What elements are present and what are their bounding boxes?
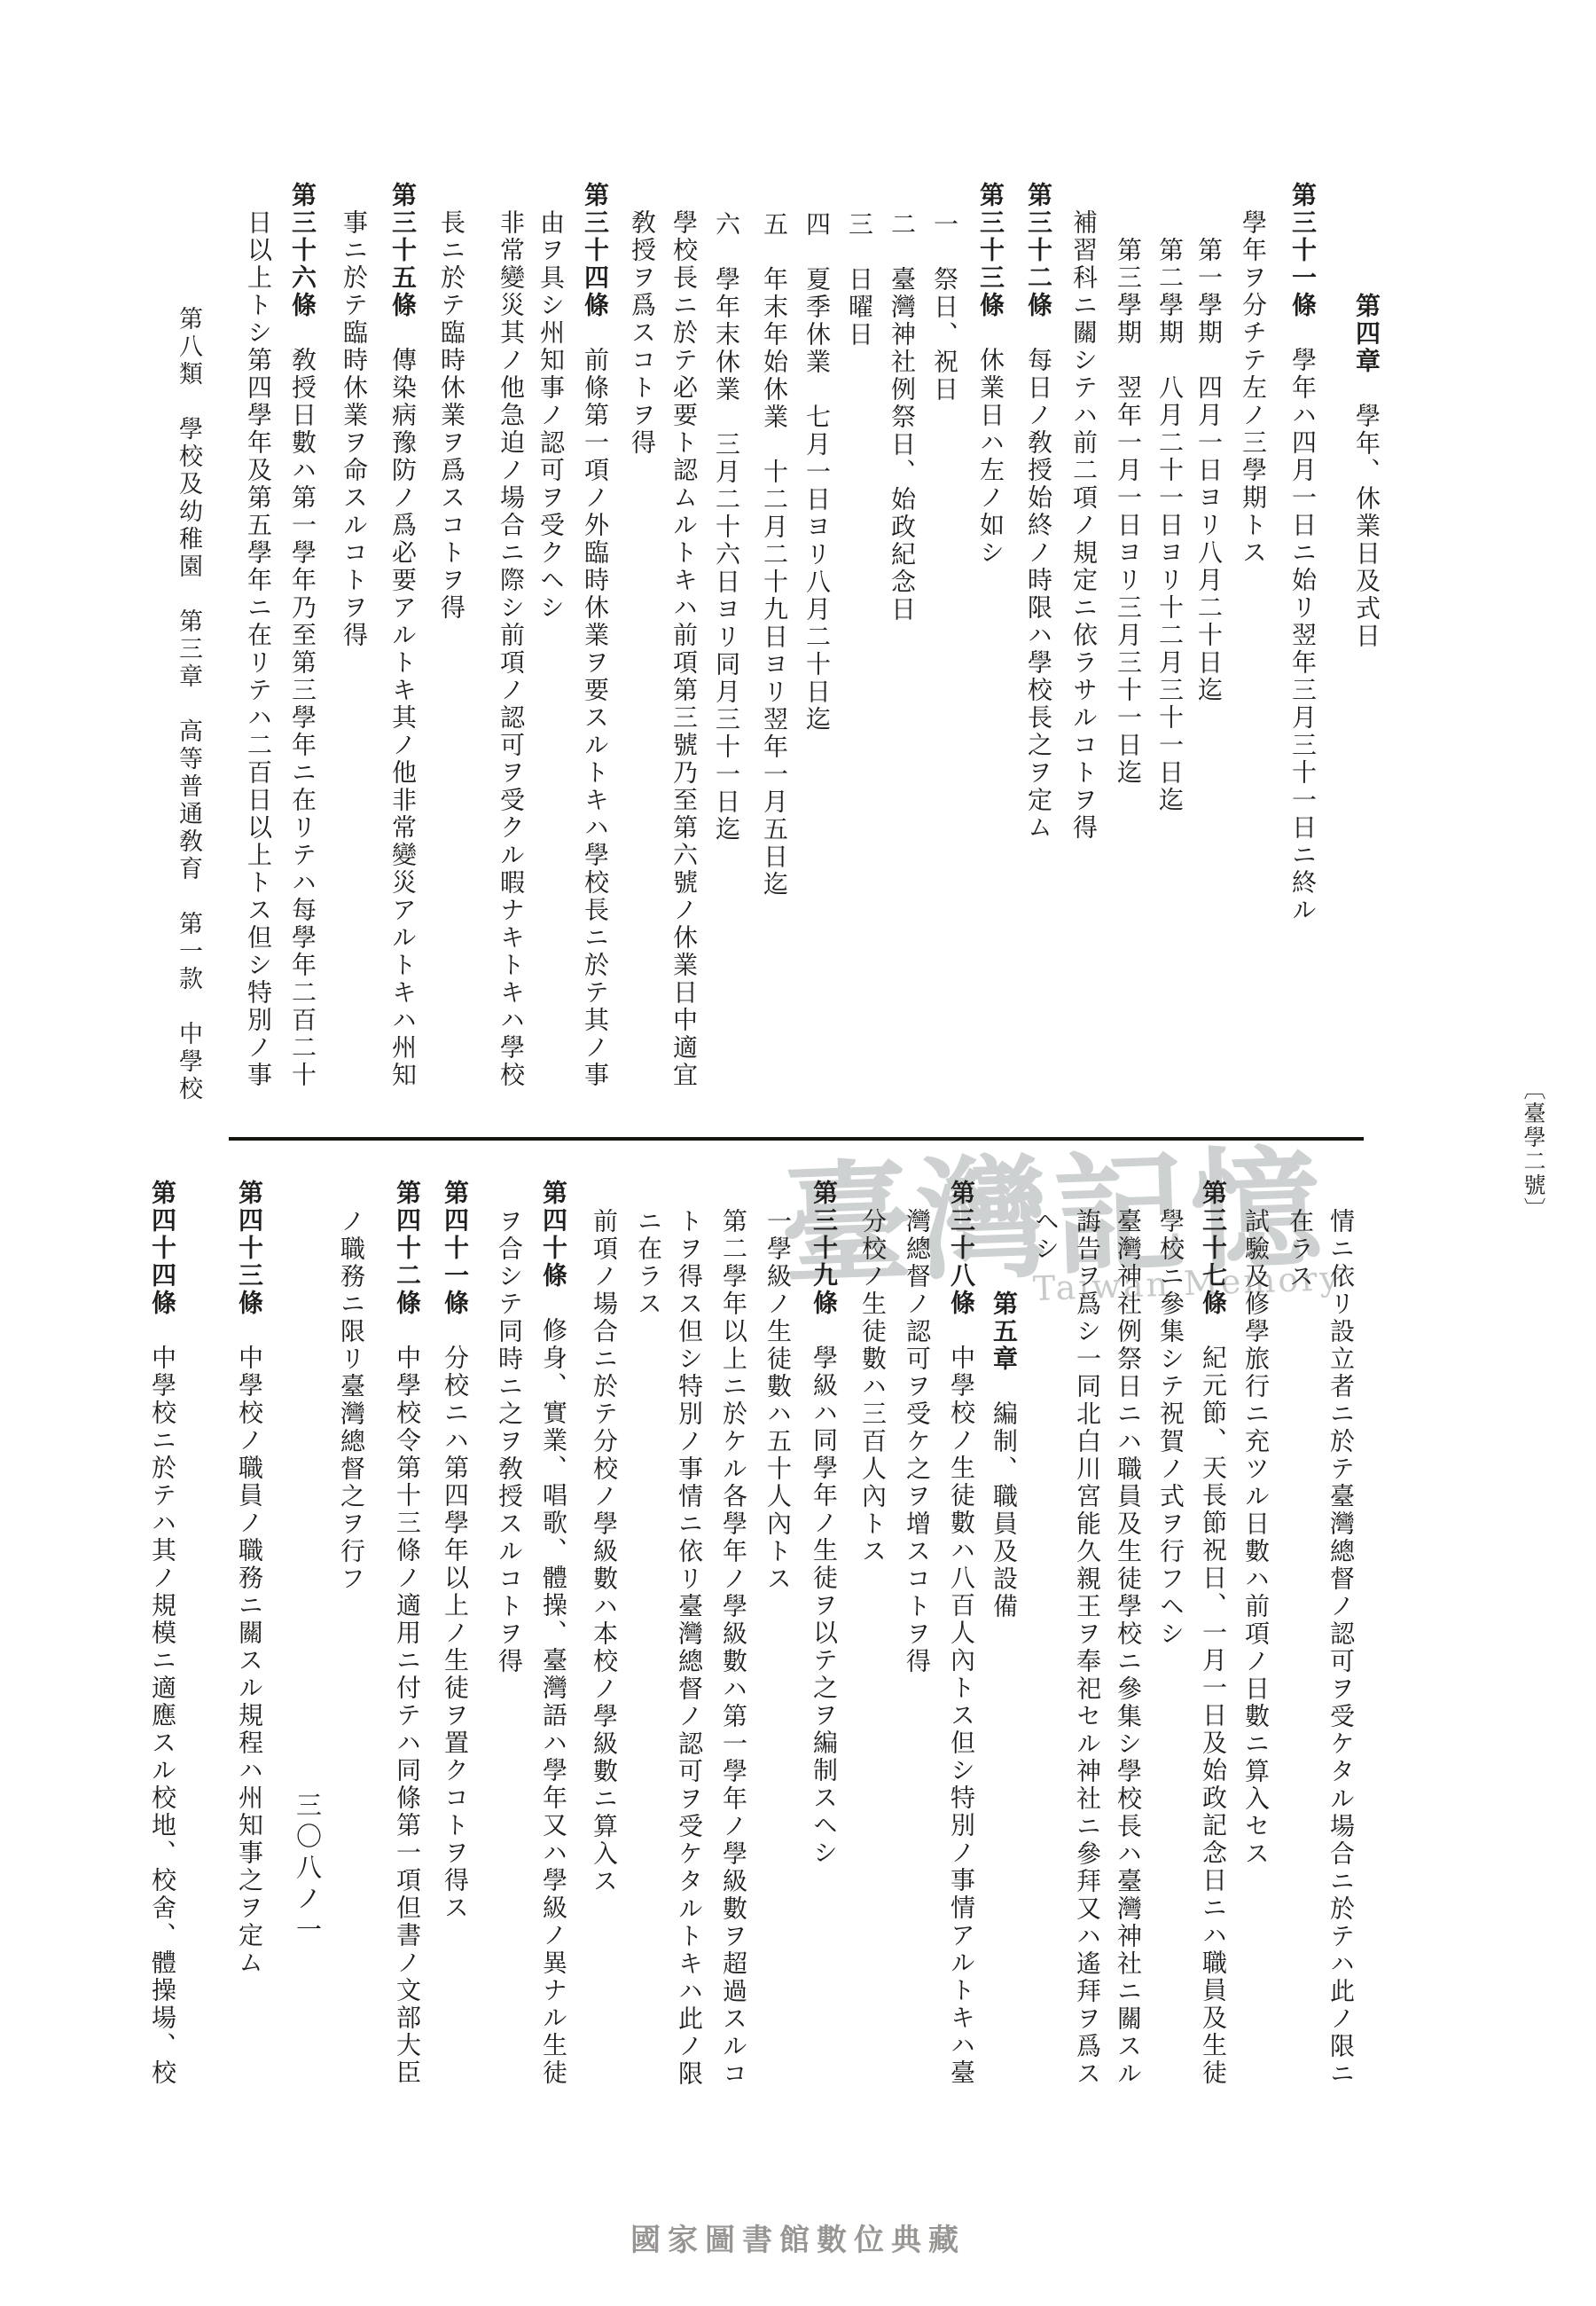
archive-footer: 國家圖書館數位典藏: [630, 2216, 966, 2259]
text-column: ニ在ラス: [631, 1208, 665, 1318]
text-column: 第五章 編制、職員及設備: [987, 1290, 1021, 1620]
bottom-page-text-block: 情ニ依リ設立者ニ於テ臺灣總督ノ認可ヲ受ケタル場合ニ於テハ此ノ限ニ在ラス試驗及修學…: [0, 0, 1596, 2306]
text-column: 第四十一條 分校ニハ第四學年以上ノ生徒ヲ置クコトヲ得ス: [438, 1180, 472, 1922]
text-column: 一學級ノ生徒數ハ五十人內トス: [761, 1208, 794, 1593]
text-column: 在ラス: [1283, 1208, 1317, 1290]
volume-side-label: 〔臺學二號〕: [1518, 1078, 1548, 1221]
text-column: 學校ニ參集シテ祝賀ノ式ヲ行フヘシ: [1154, 1208, 1187, 1648]
text-column: 第四十三條 中學校ノ職員ノ職務ニ關スル規程ハ州知事之ヲ定ム: [232, 1180, 266, 1977]
text-column: 前項ノ場合ニ於テ分校ノ學級數ハ本校ノ學級數ニ算入ス: [587, 1208, 621, 1895]
text-column: ノ職務ニ限リ臺灣總督之ヲ行フ: [334, 1208, 368, 1593]
text-column: ヘシ: [1029, 1208, 1062, 1263]
text-column: 第四十四條 中學校ニ於テハ其ノ規模ニ適應スル校地、校舍、體操場、校: [145, 1180, 179, 2087]
text-column: 情ニ依リ設立者ニ於テ臺灣總督ノ認可ヲ受ケタル場合ニ於テハ此ノ限ニ: [1324, 1208, 1357, 2088]
text-column: 臺灣神社例祭日ニハ職員及生徒學校ニ參集シ學校長ハ臺灣神社ニ關スル: [1111, 1208, 1145, 2088]
text-column: ヲ合シテ同時ニ之ヲ敎授スルコトヲ得: [492, 1208, 526, 1675]
page-number: 三〇八ノ一: [291, 1792, 325, 1947]
text-column: 灣總督ノ認可ヲ受ケ之ヲ增スコトヲ得: [900, 1208, 934, 1675]
text-column: 第三十八條 中學校ノ生徒數ハ八百人內トス但シ特別ノ事情アルトキハ臺: [944, 1180, 978, 2087]
text-column: 第三十九條 學級ハ同學年ノ生徒ヲ以テ之ヲ編制スヘシ: [807, 1180, 841, 1867]
text-column: 分校ノ生徒數ハ三百人內トス: [856, 1208, 889, 1565]
text-column: 第三十七條 紀元節、天長節祝日、一月一日及始政記念日ニハ職員及生徒: [1196, 1180, 1230, 2087]
text-column: トヲ得ス但シ特別ノ事情ニ依リ臺灣總督ノ認可ヲ受ケタルトキハ此ノ限: [672, 1208, 706, 2088]
text-column: 第四十二條 中學校令第十三條ノ適用ニ付テハ同條第一項但書ノ文部大臣: [390, 1180, 424, 2087]
text-column: 誨告ヲ爲シ一同北白川宮能久親王ヲ奉祀セル神社ニ參拜又ハ遙拜ヲ爲ス: [1070, 1208, 1104, 2088]
text-column: 試驗及修學旅行ニ充ツル日數ハ前項ノ日數ニ算入セス: [1239, 1208, 1272, 1868]
text-column: 第四十條 修身、實業、唱歌、體操、臺灣語ハ學年又ハ學級ノ異ナル生徒: [536, 1180, 570, 2087]
scanned-page: 臺灣記憶 Taiwan Memory 第四章 學年、休業日及式日第三十一條 學年…: [0, 0, 1596, 2306]
text-column: 第二學年以上ニ於ケル各學年ノ學級數ハ第一學年ノ學級數ヲ超過スルコ: [716, 1208, 750, 2088]
